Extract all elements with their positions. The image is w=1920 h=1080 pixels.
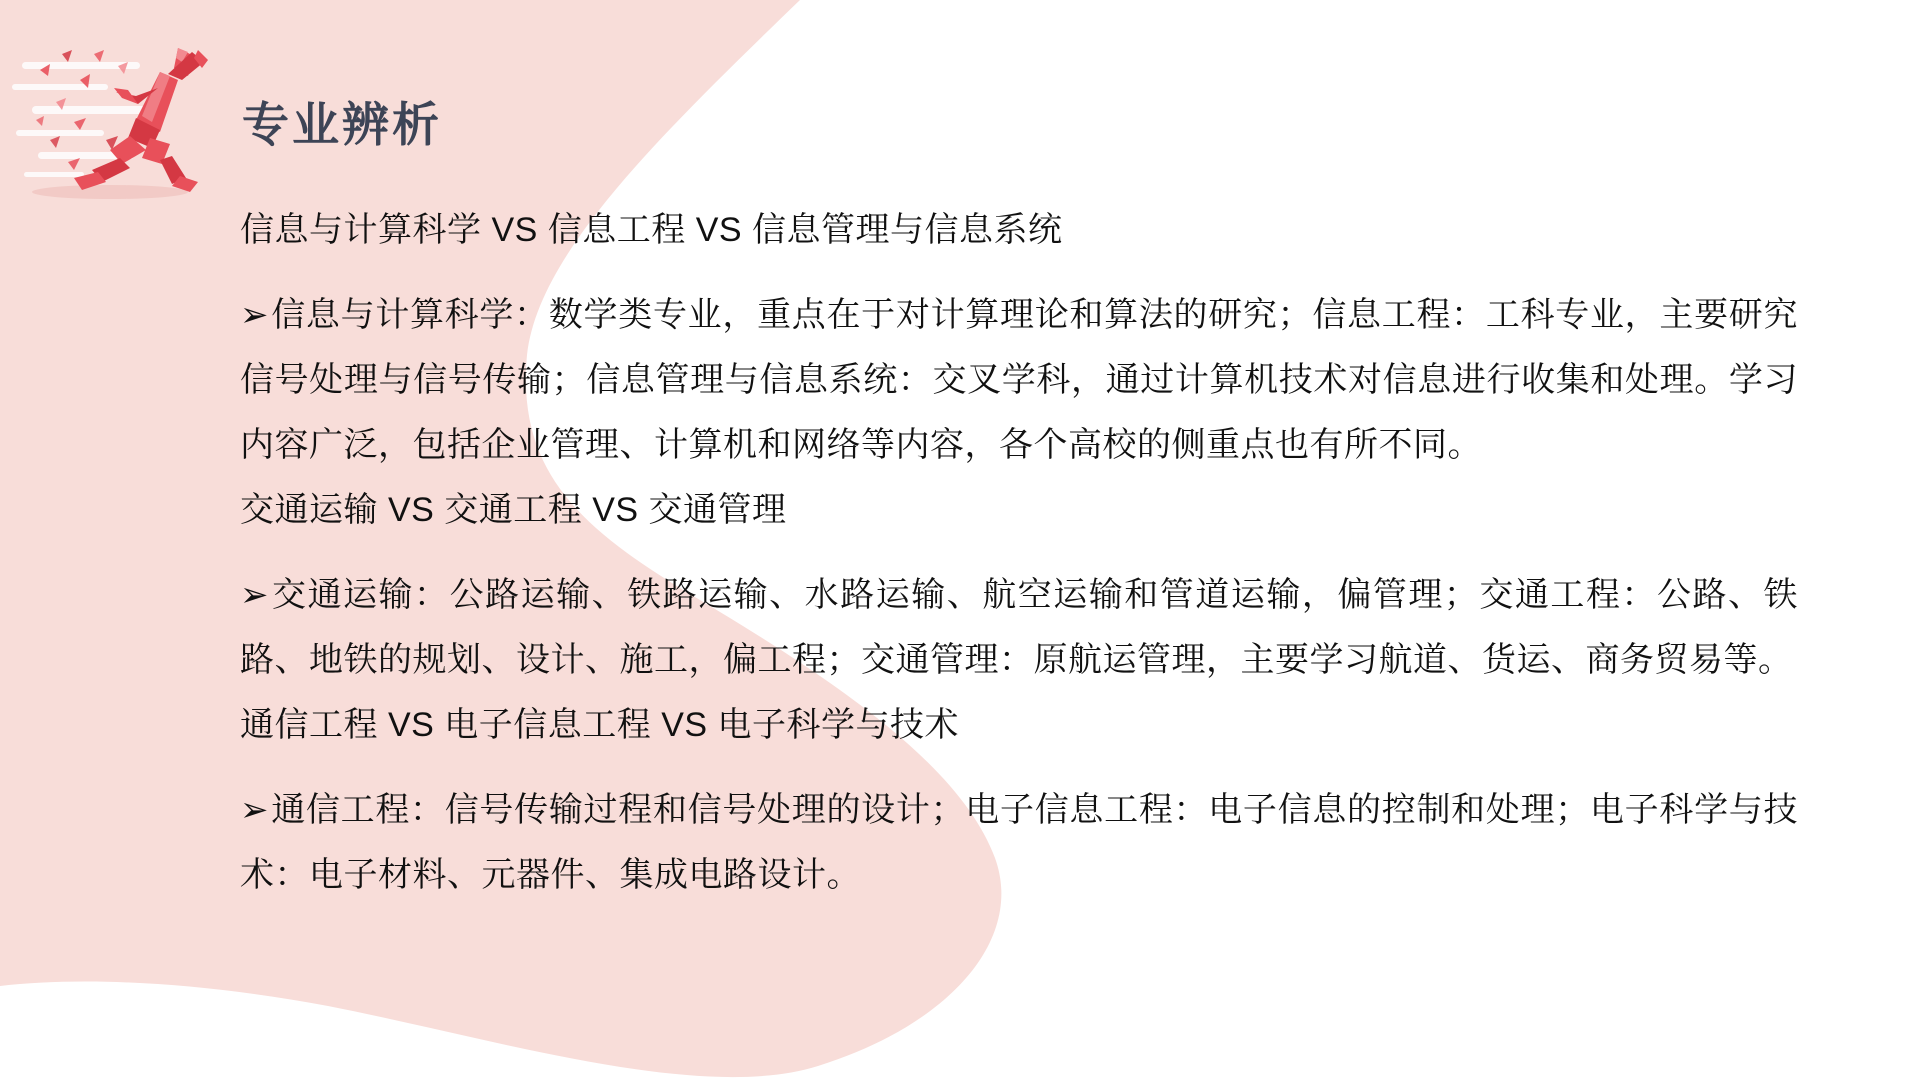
arrow-bullet-icon: ➢ bbox=[240, 791, 271, 829]
section-paragraph-2: ➢交通运输：公路运输、铁路运输、水路运输、航空运输和管道运输，偏管理；交通工程：… bbox=[240, 563, 1798, 693]
section-heading-1: 信息与计算科学 VS 信息工程 VS 信息管理与信息系统 bbox=[240, 198, 1798, 263]
arrow-bullet-icon: ➢ bbox=[240, 296, 271, 334]
slide-background: 专业辨析 信息与计算科学 VS 信息工程 VS 信息管理与信息系统 ➢信息与计算… bbox=[0, 0, 1920, 1080]
section-body-3: 通信工程：信号传输过程和信号处理的设计；电子信息工程：电子信息的控制和处理；电子… bbox=[240, 791, 1798, 894]
section-heading-3: 通信工程 VS 电子信息工程 VS 电子科学与技术 bbox=[240, 693, 1798, 758]
slide-body: 信息与计算科学 VS 信息工程 VS 信息管理与信息系统 ➢信息与计算科学：数学… bbox=[240, 198, 1798, 908]
section-body-1: 信息与计算科学：数学类专业，重点在于对计算理论和算法的研究；信息工程：工科专业，… bbox=[240, 296, 1798, 464]
arrow-bullet-icon: ➢ bbox=[240, 576, 271, 614]
section-paragraph-1: ➢信息与计算科学：数学类专业，重点在于对计算理论和算法的研究；信息工程：工科专业… bbox=[240, 283, 1798, 478]
section-heading-2: 交通运输 VS 交通工程 VS 交通管理 bbox=[240, 478, 1798, 543]
section-body-2: 交通运输：公路运输、铁路运输、水路运输、航空运输和管道运输，偏管理；交通工程：公… bbox=[240, 576, 1798, 679]
runner-icon bbox=[10, 10, 240, 210]
section-paragraph-3: ➢通信工程：信号传输过程和信号处理的设计；电子信息工程：电子信息的控制和处理；电… bbox=[240, 778, 1798, 908]
page-title: 专业辨析 bbox=[242, 88, 442, 155]
